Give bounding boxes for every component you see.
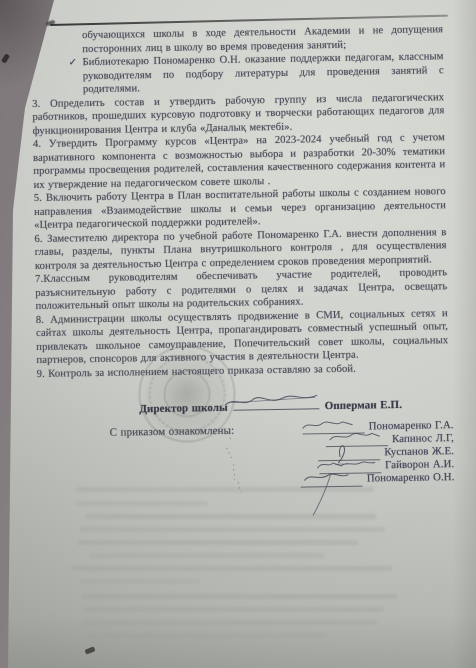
director-signature-line bbox=[233, 397, 319, 410]
signature-line bbox=[301, 475, 363, 487]
director-row: Директор школы Опперман Е.П. bbox=[139, 396, 402, 417]
signature-column: Пономаренко Г.А. Капинос Л.Г, Куспанов Ж… bbox=[269, 419, 455, 488]
order-item-8: 8. Администрации школы осуществлять прод… bbox=[36, 307, 449, 368]
bleed-through-line bbox=[82, 620, 377, 625]
bleed-through-line bbox=[72, 566, 392, 571]
order-item-4: 4. Утвердить Программу курсов «Центра» н… bbox=[33, 131, 446, 192]
order-item-3: 3. Определить состав и утвердить рабочую… bbox=[32, 91, 445, 138]
paper-edge-speck bbox=[1, 53, 10, 63]
bleed-through-line bbox=[80, 527, 385, 532]
signature-squiggle-icon bbox=[297, 468, 364, 521]
check-icon: ✓ bbox=[68, 56, 77, 70]
order-item-6: 6. Заместителю директора по учебной рабо… bbox=[34, 226, 447, 273]
director-signature-icon bbox=[219, 389, 339, 411]
director-label: Директор школы bbox=[139, 402, 228, 415]
signature-row: Пономаренко О.Н. bbox=[269, 472, 454, 488]
bullet-item-librarian: ✓ Библиотекарю Пономаренко О.Н. оказание… bbox=[31, 50, 444, 97]
acknowledged-label: С приказом ознакомлены: bbox=[110, 425, 235, 441]
bleed-through-line bbox=[78, 540, 358, 545]
bleed-through-line bbox=[90, 553, 325, 558]
order-item-5: 5. Включить работу Центра в План воспита… bbox=[34, 185, 447, 232]
bullet-item-text: Библиотекарю Пономаренко О.Н. оказание п… bbox=[82, 51, 443, 95]
bleed-through-line bbox=[80, 579, 200, 584]
bleed-through-line bbox=[86, 633, 326, 638]
bleed-through-line bbox=[84, 607, 384, 612]
order-item-7: 7.Классным руководителям обеспечивать уч… bbox=[35, 266, 448, 313]
signatory-name: Пономаренко О.Н. bbox=[367, 471, 455, 486]
document-text: обучающихся школы в ходе деятельности Ак… bbox=[31, 23, 451, 507]
bleed-through-line bbox=[82, 594, 397, 599]
signature-block: Директор школы Опперман Е.П. С приказом … bbox=[37, 395, 451, 507]
